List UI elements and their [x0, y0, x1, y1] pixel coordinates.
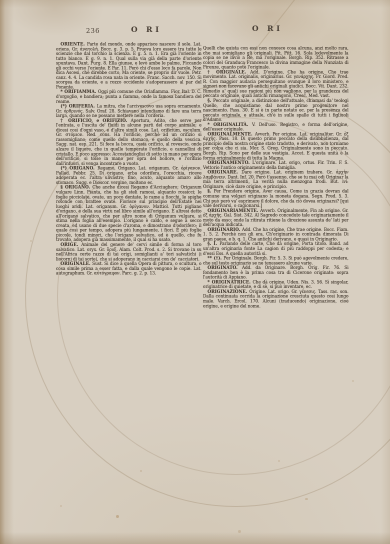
text-column-left-content: ORIENTE. Parte del mondo, onde apparisce…: [56, 42, 202, 276]
dictionary-entry: ORIGINALE. Sust. Si dice a quella Opera …: [56, 262, 202, 276]
running-head-left: O RI: [131, 25, 162, 34]
text-column-right: Quelli che quista con essi non conosce c…: [203, 46, 349, 446]
fox-spot: [352, 380, 354, 382]
dictionary-entry: (*) ORIFERIA. La mitra, che l'arcivescov…: [56, 104, 202, 118]
dictionary-entry: §. Peccato originale, a distinzione dell…: [203, 99, 349, 123]
dictionary-entry: ORIGINATO. Add. da Originare. Borgh. Ori…: [203, 266, 349, 280]
fox-spot: [140, 470, 142, 472]
dictionary-entry: ORIGINARIO. Add. Che ha origine, Che tra…: [203, 227, 349, 241]
dictionary-entry: ORIGINAZIONE. Origine. Lat. origo. Gr. γ…: [203, 289, 349, 308]
entry-body: Apertura, Adito, che serve per l'entrata…: [56, 118, 202, 166]
dictionary-entry: † ORIGINALE. Add. D'origine, Che ha orig…: [203, 70, 349, 99]
dictionary-entry: § ORIGANO. Che anche dicesi Regamo d'Acc…: [56, 185, 202, 242]
dictionary-entry: §. Per Prendere origine, Aver causa, Com…: [203, 189, 349, 208]
entry-body: Avverb. Per origine. Lat. originaliter. …: [203, 131, 349, 160]
fox-spot: [60, 505, 62, 507]
fox-spot: [30, 240, 32, 242]
fox-spot: [278, 460, 280, 462]
entry-body: Peccato originale, a distinzione dell'at…: [203, 98, 349, 122]
text-column-right-content: Quelli che quista con essi non conosce c…: [203, 46, 349, 309]
dictionary-entry: ORIGINARE. Dare origine. Lat. originem t…: [203, 170, 349, 189]
dictionary-entry: ORIENTE. Parte del mondo, onde apparisce…: [56, 42, 202, 90]
text-column-left: ORIENTE. Parte del mondo, onde apparisce…: [56, 42, 202, 440]
dictionary-entry: † ORIFICIO, e ORIFIZIO. Apertura, Adito,…: [56, 118, 202, 166]
fox-spot: [116, 515, 119, 518]
running-head-right: O RI: [252, 24, 283, 33]
entry-body: Per Prendere origine, Aver causa, Come i…: [203, 189, 349, 208]
scanned-dictionary-page: 236 O RI O RI ORIENTE. Parte del mondo, …: [0, 0, 390, 544]
entry-body: Che anche dicesi Regamo d'Acciughero; Or…: [56, 185, 202, 243]
entry-body: Parte del mondo, onde apparisce nascere …: [56, 42, 202, 89]
entry-body: Quelli che quista con essi non conosce c…: [203, 46, 349, 70]
dictionary-entry: (*) ORIGANO. Regamo, Origano. Lat. origa…: [56, 166, 202, 185]
dictionary-entry: ORIGINARIAMENTE. Avverb. Originalmente, …: [203, 208, 349, 227]
dictionary-entry: Quelli che quista con essi non conosce c…: [203, 46, 349, 70]
dictionary-entry: ORIGE. Animale del genere de' cervi simi…: [56, 242, 202, 261]
fox-spot: [238, 530, 241, 533]
dictionary-entry: * ORIFIAMMA. Oggi più comune che Oriafia…: [56, 90, 202, 104]
entry-body: Per Originale. Borgh. Fir. 5. 3. Si può …: [203, 256, 349, 266]
entry-body: Parlando delle carte, Che dà origine, Po…: [203, 241, 349, 256]
entry-body: Add. D'origine, Che ha origine, Che trae…: [203, 69, 349, 98]
dictionary-entry: ORIGINALMENTE. Avverb. Per origine. Lat.…: [203, 132, 349, 161]
page-number: 236: [86, 27, 100, 35]
dictionary-entry: §. I. Parlando delle carte, Che dà origi…: [203, 242, 349, 256]
fox-spot: [305, 498, 308, 500]
